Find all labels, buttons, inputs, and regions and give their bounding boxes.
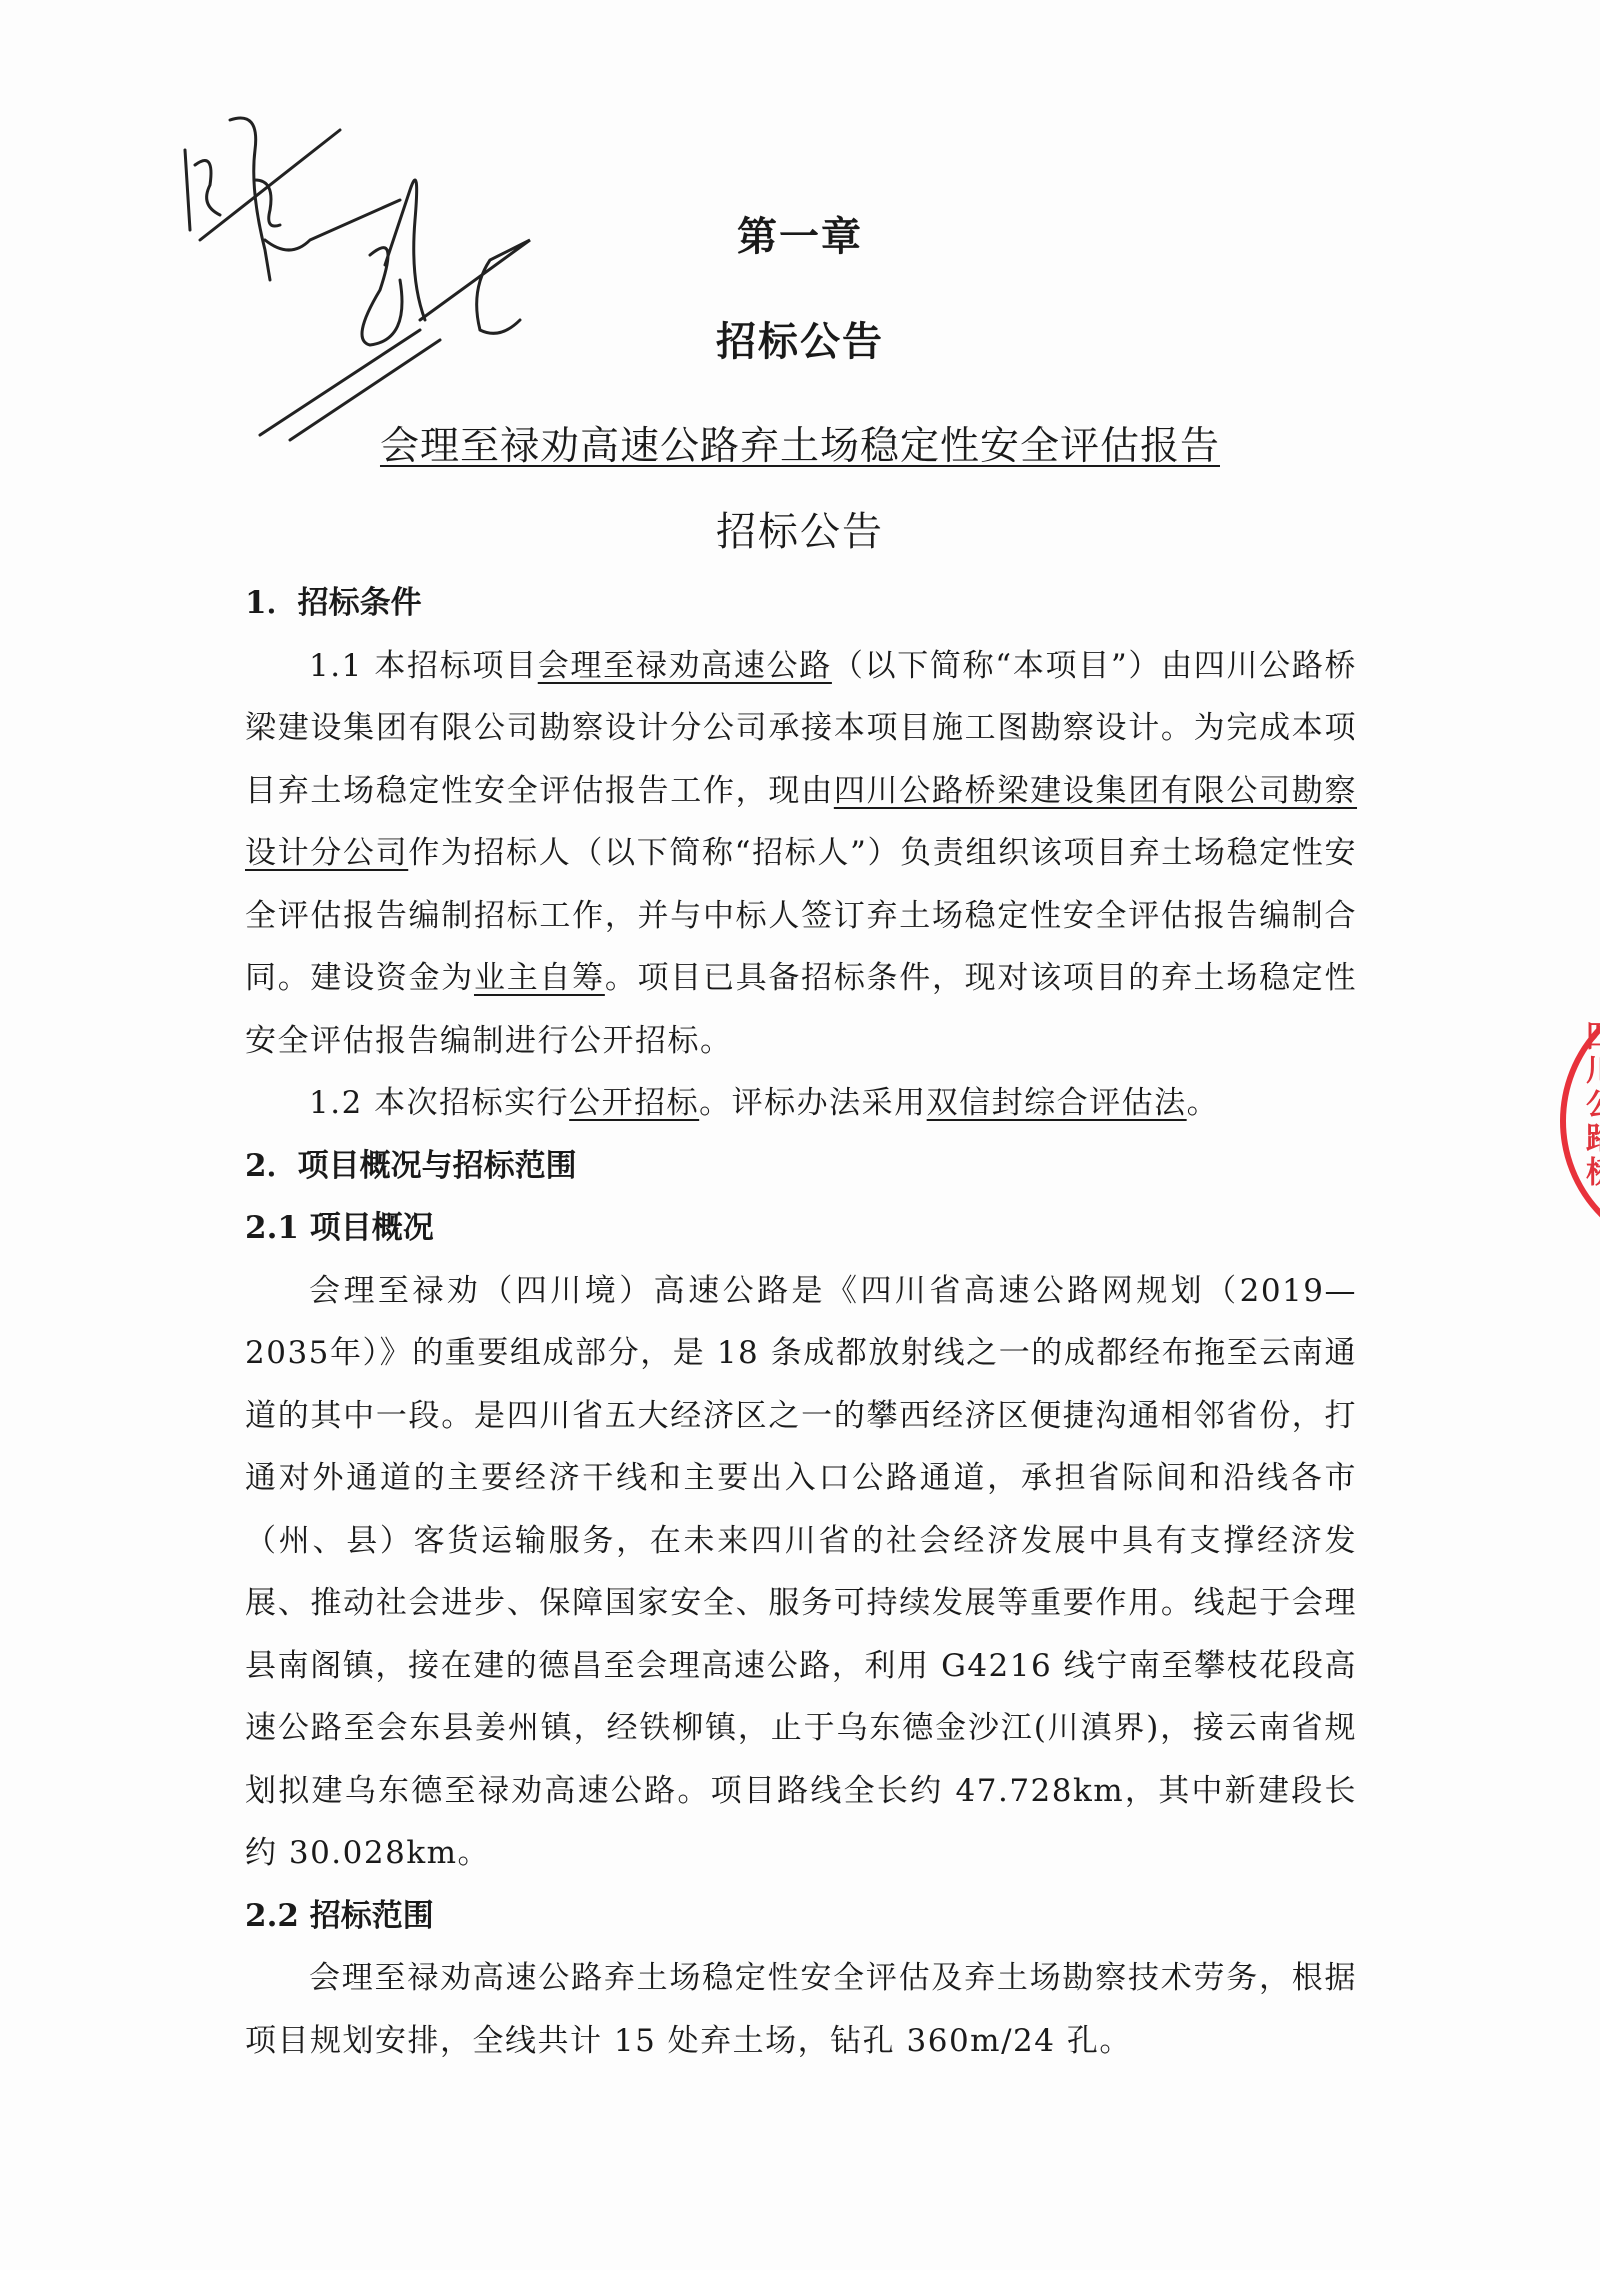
chapter-heading: 第一章 bbox=[0, 205, 1600, 262]
section-2-2-heading: 2.2 招标范围 bbox=[245, 1885, 1357, 1948]
section-1-heading: 1．招标条件 bbox=[245, 572, 1357, 635]
document-page: 第一章 招标公告 会理至禄劝高速公路弃土场稳定性安全评估报告 招标公告 1．招标… bbox=[0, 0, 1600, 2270]
seal-text: 四川公路桥 bbox=[1575, 1020, 1600, 1190]
paragraph-1-1: 1.1 本招标项目会理至禄劝高速公路（以下简称“本项目”）由四川公路桥梁建设集团… bbox=[245, 635, 1357, 1073]
underlined-evaluation-method: 双信封综合评估法 bbox=[927, 1085, 1187, 1121]
text-run: 1.1 本招标项目 bbox=[309, 648, 538, 684]
underlined-tender-type: 公开招标 bbox=[569, 1085, 699, 1121]
paragraph-2-2: 会理至禄劝高速公路弃土场稳定性安全评估及弃土场勘察技术劳务，根据项目规划安排，全… bbox=[245, 1947, 1357, 2072]
paragraph-1-2: 1.2 本次招标实行公开招标。评标办法采用双信封综合评估法。 bbox=[245, 1072, 1357, 1135]
text-run: 1.2 本次招标实行 bbox=[309, 1085, 569, 1121]
document-subtitle: 招标公告 bbox=[0, 500, 1600, 557]
handwritten-signature-icon bbox=[170, 90, 670, 450]
underlined-project-name: 会理至禄劝高速公路 bbox=[538, 648, 832, 684]
project-title-text: 会理至禄劝高速公路弃土场稳定性安全评估报告 bbox=[380, 424, 1220, 469]
project-title: 会理至禄劝高速公路弃土场稳定性安全评估报告 bbox=[0, 415, 1600, 471]
document-body: 1．招标条件 1.1 本招标项目会理至禄劝高速公路（以下简称“本项目”）由四川公… bbox=[245, 572, 1357, 2072]
text-run: 。评标办法采用 bbox=[699, 1085, 927, 1121]
section-heading: 招标公告 bbox=[0, 310, 1600, 367]
underlined-funding-source: 业主自筹 bbox=[474, 960, 605, 996]
paragraph-2-1: 会理至禄劝（四川境）高速公路是《四川省高速公路网规划（2019—2035年）》的… bbox=[245, 1260, 1357, 1885]
section-2-heading: 2．项目概况与招标范围 bbox=[245, 1135, 1357, 1198]
section-2-1-heading: 2.1 项目概况 bbox=[245, 1197, 1357, 1260]
text-run: 。 bbox=[1187, 1085, 1220, 1121]
